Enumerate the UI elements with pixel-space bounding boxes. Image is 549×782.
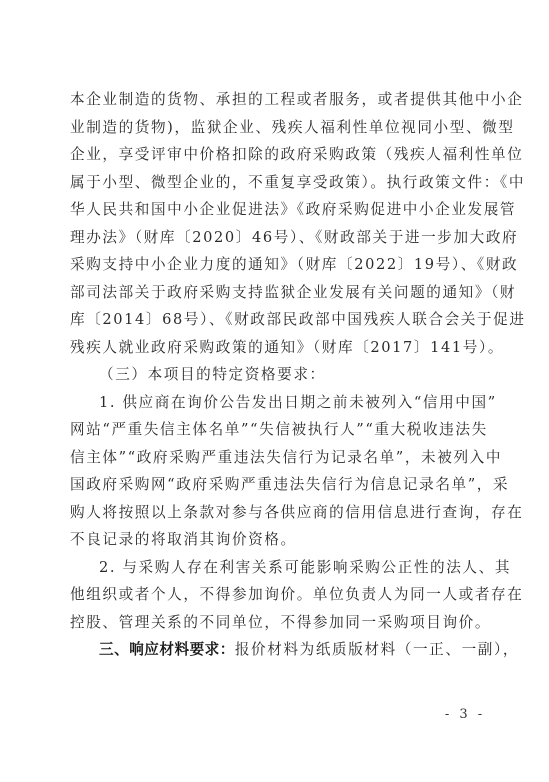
paragraph-line: 本企业制造的货物、承担的工程或者服务，或者提供其他中小企	[70, 90, 482, 110]
section-text: 报价材料为纸质版材料（一正、一副），	[235, 641, 519, 658]
section-heading: 三、响应材料要求：	[99, 641, 235, 658]
paragraph-line: 业制造的货物)，监狱企业、残疾人福利性单位视同小型、微型	[70, 118, 482, 138]
paragraph-line: 网站“严重失信主体名单”“失信被执行人”“重大税收违法失	[70, 420, 482, 440]
section-line: 三、响应材料要求：报价材料为纸质版材料（一正、一副），	[99, 640, 482, 660]
paragraph-line: 企业，享受评审中价格扣除的政府采购政策（残疾人福利性单位	[70, 145, 482, 165]
paragraph-line: 采购支持中小企业力度的通知》（财库〔2022〕19号）、《财政	[70, 255, 482, 275]
paragraph-line: 2. 与采购人存在利害关系可能影响采购公正性的法人、其	[99, 558, 482, 578]
paragraph-line: 国政府采购网“政府采购严重违法失信行为信息记录名单”，采	[70, 475, 482, 495]
paragraph-line: 部司法部关于政府采购支持监狱企业发展有关问题的通知》（财	[70, 283, 482, 303]
page-number: - 3 -	[440, 707, 490, 722]
paragraph-line: 不良记录的将取消其询价资格。	[70, 530, 482, 550]
paragraph-line: 控股、管理关系的不同单位，不得参加同一采购项目询价。	[70, 613, 482, 633]
paragraph-line: 属于小型、微型企业的，不重复享受政策）。执行政策文件：《中	[70, 173, 482, 193]
paragraph-line: 残疾人就业政府采购政策的通知》（财库〔2017〕141号）。	[70, 338, 482, 358]
paragraph-line: 购人将按照以上条款对参与各供应商的信用信息进行查询，存在	[70, 503, 482, 523]
subsection-heading: （三）本项目的特定资格要求：	[99, 365, 482, 385]
paragraph-line: 库〔2014〕68号）、《财政部民政部中国残疾人联合会关于促进	[70, 310, 482, 330]
paragraph-line: 华人民共和国中小企业促进法》《政府采购促进中小企业发展管	[70, 200, 482, 220]
paragraph-line: 理办法》（财库〔2020〕46号）、《财政部关于进一步加大政府	[70, 228, 482, 248]
paragraph-line: 信主体”“政府采购严重违法失信行为记录名单”，未被列入中	[70, 448, 482, 468]
paragraph-line: 1. 供应商在询价公告发出日期之前未被列入“信用中国”	[99, 393, 482, 413]
document-page: 本企业制造的货物、承担的工程或者服务，或者提供其他中小企 业制造的货物)，监狱企…	[0, 0, 549, 782]
paragraph-line: 他组织或者个人，不得参加询价。单位负责人为同一人或者存在	[70, 585, 482, 605]
